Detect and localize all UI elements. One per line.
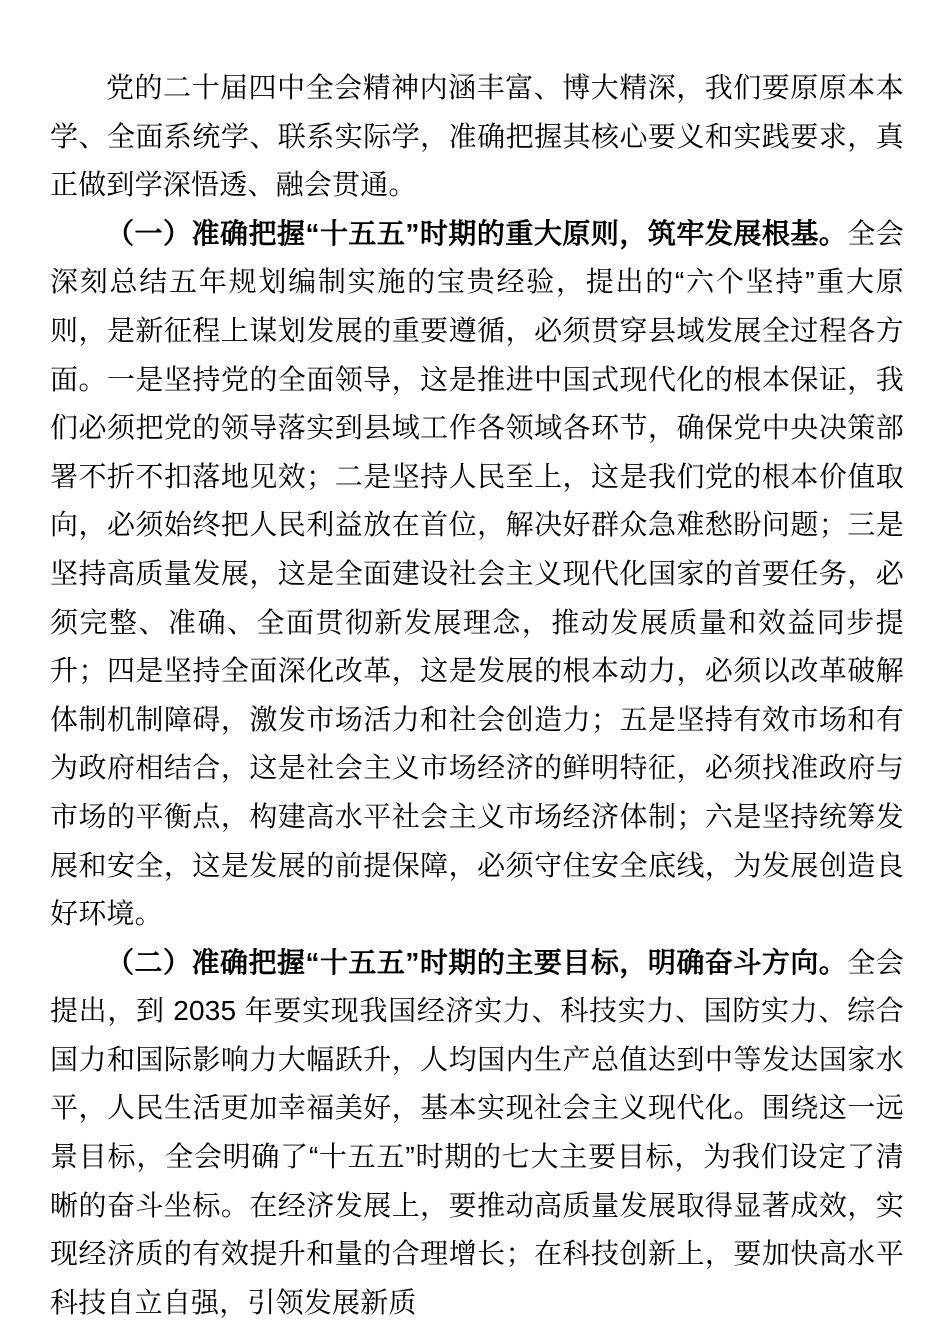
paragraph-text: 全会提出，到 2035 年要实现我国经济实力、科技实力、国防实力、综合国力和国际…	[50, 947, 904, 1318]
paragraph-text: 党的二十届四中全会精神内涵丰富、博大精深，我们要原原本本学、全面系统学、联系实际…	[50, 72, 904, 200]
section-heading-1: （一）准确把握“十五五”时期的重大原则，筑牢发展根基。	[106, 218, 847, 249]
paragraph: （一）准确把握“十五五”时期的重大原则，筑牢发展根基。全会深刻总结五年规划编制实…	[50, 210, 904, 939]
paragraph: 党的二十届四中全会精神内涵丰富、博大精深，我们要原原本本学、全面系统学、联系实际…	[50, 64, 904, 210]
document-page: 党的二十届四中全会精神内涵丰富、博大精深，我们要原原本本学、全面系统学、联系实际…	[0, 0, 950, 1344]
section-heading-2: （二）准确把握“十五五”时期的主要目标，明确奋斗方向。	[106, 947, 847, 978]
paragraph: （二）准确把握“十五五”时期的主要目标，明确奋斗方向。全会提出，到 2035 年…	[50, 939, 904, 1328]
paragraph-text: 全会深刻总结五年规划编制实施的宝贵经验，提出的“六个坚持”重大原则，是新征程上谋…	[50, 218, 904, 929]
